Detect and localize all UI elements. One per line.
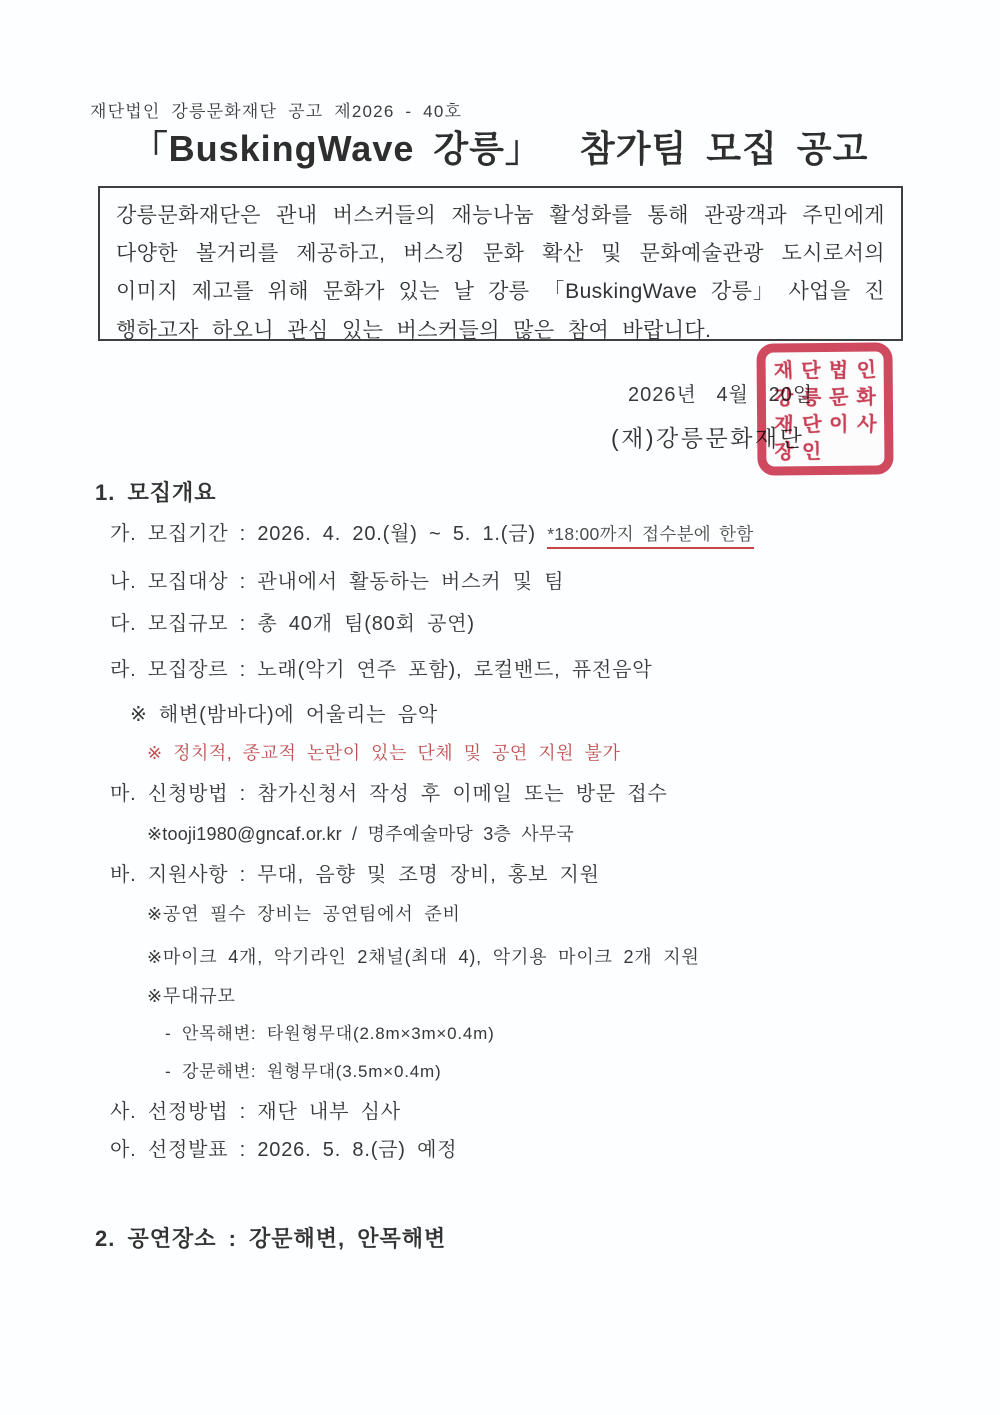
intro-line: 다양한 볼거리를 제공하고, 버스킹 문화 확산 및 문화예술관광 도시로서의 [116, 235, 885, 273]
intro-line: 이미지 제고를 위해 문화가 있는 날 강릉 「BuskingWave 강릉」 … [116, 273, 885, 311]
note-restriction-red: ※ 정치적, 종교적 논란이 있는 단체 및 공연 지원 불가 [147, 739, 620, 765]
stage-spec-gangmun-beach: - 강문해변: 원형무대(3.5m×0.4m) [165, 1057, 441, 1082]
seal-glyph: 화 [852, 382, 880, 409]
intro-text-box: 강릉문화재단은 관내 버스커들의 재능나눔 활성화를 통해 관광객과 주민에게 … [98, 186, 903, 341]
item-recruitment-scale: 다. 모집규모 : 총 40개 팀(80회 공연) [110, 607, 475, 636]
note-stage-size: ※무대규모 [147, 982, 236, 1008]
section1-heading: 1. 모집개요 [95, 476, 216, 507]
note-contact-email: ※tooji1980@gncaf.or.kr / 명주예술마당 3층 사무국 [147, 820, 574, 846]
seal-glyph: 이 [825, 409, 853, 436]
note-equipment: ※공연 필수 장비는 공연팀에서 준비 [147, 900, 461, 926]
note-microphones: ※마이크 4개, 악기라인 2채널(최대 4), 악기용 마이크 2개 지원 [147, 943, 700, 969]
item-recruitment-period: 가. 모집기간 : 2026. 4. 20.(월) ~ 5. 1.(금) *18… [110, 517, 754, 546]
section2-heading: 2. 공연장소 : 강문해변, 안목해변 [95, 1222, 446, 1253]
item-recruitment-target: 나. 모집대상 : 관내에서 활동하는 버스커 및 팀 [110, 565, 564, 594]
item-selection-method: 사. 선정방법 : 재단 내부 심사 [110, 1095, 401, 1124]
intro-line: 강릉문화재단은 관내 버스커들의 재능나눔 활성화를 통해 관광객과 주민에게 [116, 197, 885, 235]
seal-glyph: 단 [797, 408, 826, 437]
item-support-details: 바. 지원사항 : 무대, 음향 및 조명 장비, 홍보 지원 [110, 858, 600, 887]
announcement-document: 재단법인 강릉문화재단 공고 제2026 - 40호 「BuskingWave … [0, 0, 1000, 1415]
seal-glyph: 인 [851, 354, 880, 383]
seal-glyph: 사 [852, 408, 881, 436]
stage-spec-anmok-beach: - 안목해변: 타원형무대(2.8m×3m×0.4m) [165, 1019, 495, 1044]
seal-glyph: 문 [824, 381, 853, 410]
document-title: 「BuskingWave 강릉」 참가팀 모집 공고 [0, 121, 1000, 172]
item-selection-announcement: 아. 선정발표 : 2026. 5. 8.(금) 예정 [110, 1133, 457, 1162]
seal-glyph: 재 [770, 409, 799, 437]
document-number: 재단법인 강릉문화재단 공고 제2026 - 40호 [90, 97, 462, 122]
seal-glyph: 강 [770, 382, 798, 409]
foundation-seal-stamp-icon: 재단법인강릉문화재단이사장인 [756, 342, 893, 475]
seal-glyph: 단 [797, 355, 825, 382]
note-beach-music: ※ 해변(밤바다)에 어울리는 음악 [130, 698, 438, 727]
seal-glyph: 인 [798, 436, 826, 463]
item-recruitment-genre: 라. 모집장르 : 노래(악기 연주 포함), 로컬밴드, 퓨전음악 [110, 653, 652, 682]
recruitment-period-deadline-note: *18:00까지 접수분에 한함 [547, 524, 753, 549]
seal-glyph: 재 [769, 355, 798, 384]
recruitment-period-text: 가. 모집기간 : 2026. 4. 20.(월) ~ 5. 1.(금) [110, 523, 547, 545]
item-application-method: 마. 신청방법 : 참가신청서 작성 후 이메일 또는 방문 접수 [110, 777, 668, 806]
seal-glyph: 법 [824, 354, 853, 382]
seal-glyph: 릉 [797, 382, 826, 410]
seal-glyph: 장 [770, 436, 799, 465]
